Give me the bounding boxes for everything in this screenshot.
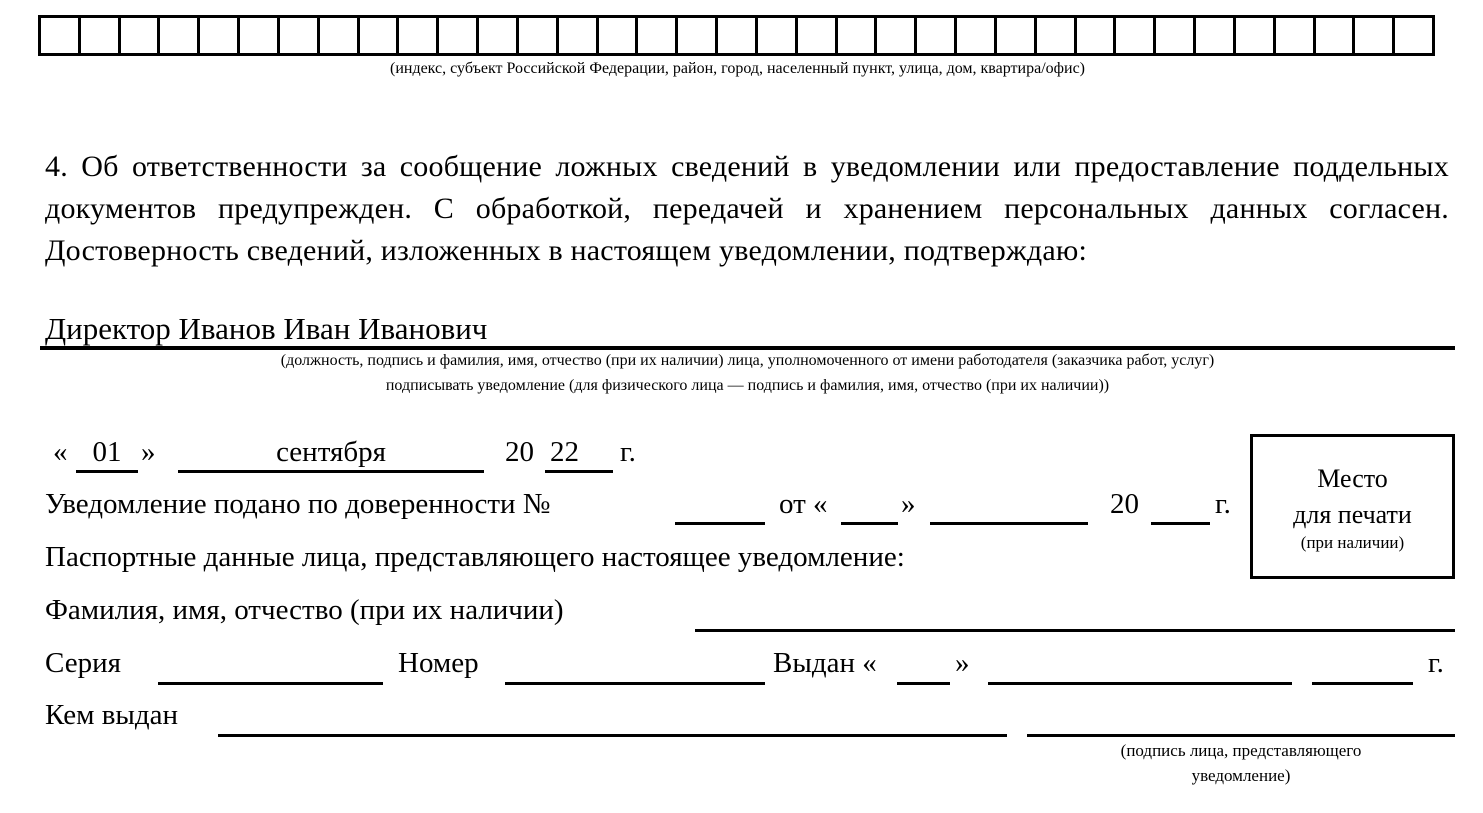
address-cell[interactable]: [1316, 18, 1356, 53]
stamp-line3: (при наличии): [1253, 533, 1452, 553]
address-cell[interactable]: [1355, 18, 1395, 53]
address-cell[interactable]: [678, 18, 718, 53]
poa-month-underline: [930, 522, 1088, 525]
date-year-underline: [545, 470, 613, 473]
date-day-field[interactable]: 01: [76, 436, 138, 469]
passport-fio-label: Фамилия, имя, отчество (при их наличии): [45, 594, 564, 627]
declaration-text: 4. Об ответственности за сообщение ложны…: [45, 146, 1449, 272]
passport-issued-close-quote: »: [955, 647, 970, 680]
address-cell[interactable]: [1037, 18, 1077, 53]
address-cell[interactable]: [957, 18, 997, 53]
passport-heading: Паспортные данные лица, представляющего …: [45, 541, 905, 574]
passport-series-underline: [158, 682, 383, 685]
stamp-line2: для печати: [1253, 497, 1452, 533]
poa-year-unit: г.: [1215, 488, 1231, 521]
address-cell[interactable]: [479, 18, 519, 53]
address-cell[interactable]: [160, 18, 200, 53]
address-cell[interactable]: [519, 18, 559, 53]
address-cell[interactable]: [1395, 18, 1432, 53]
date-close-quote: »: [141, 436, 156, 469]
address-cell[interactable]: [41, 18, 81, 53]
address-cell[interactable]: [320, 18, 360, 53]
address-caption: (индекс, субъект Российской Федерации, р…: [0, 60, 1475, 78]
address-cell[interactable]: [559, 18, 599, 53]
address-cell[interactable]: [280, 18, 320, 53]
passport-fio-underline: [695, 629, 1455, 632]
address-cell[interactable]: [399, 18, 439, 53]
date-month-underline: [178, 470, 484, 473]
poa-day-underline: [841, 522, 898, 525]
address-cell[interactable]: [1236, 18, 1276, 53]
address-cell[interactable]: [838, 18, 878, 53]
address-cell[interactable]: [1116, 18, 1156, 53]
passport-issued-by-label: Кем выдан: [45, 699, 178, 732]
passport-series-label: Серия: [45, 647, 121, 680]
address-cell[interactable]: [1196, 18, 1236, 53]
poa-from-label: от «: [779, 488, 828, 521]
address-cell[interactable]: [360, 18, 400, 53]
signatory-underline: [40, 346, 1455, 350]
address-cell[interactable]: [1156, 18, 1196, 53]
address-cell[interactable]: [81, 18, 121, 53]
address-cell[interactable]: [1077, 18, 1117, 53]
signatory-caption-line2: подписывать уведомление (для физического…: [0, 377, 1483, 395]
address-cell[interactable]: [997, 18, 1037, 53]
passport-issued-label: Выдан «: [773, 647, 877, 680]
address-cells[interactable]: [38, 15, 1435, 56]
address-cell[interactable]: [718, 18, 758, 53]
stamp-placeholder: Место для печати (при наличии): [1250, 434, 1455, 579]
date-year-unit: г.: [620, 436, 636, 469]
passport-number-underline: [505, 682, 765, 685]
passport-number-label: Номер: [398, 647, 479, 680]
address-cell[interactable]: [638, 18, 678, 53]
signatory-field[interactable]: Директор Иванов Иван Иванович: [45, 311, 487, 347]
representative-signature-line[interactable]: [1027, 734, 1455, 737]
signatory-caption-line1: (должность, подпись и фамилия, имя, отче…: [0, 352, 1483, 370]
address-cell[interactable]: [121, 18, 161, 53]
date-year-prefix: 20: [505, 436, 534, 469]
date-day-underline: [76, 470, 138, 473]
address-cell[interactable]: [758, 18, 798, 53]
address-cell[interactable]: [200, 18, 240, 53]
address-cell[interactable]: [240, 18, 280, 53]
passport-issued-day-underline: [897, 682, 950, 685]
passport-issued-by-underline: [218, 734, 1007, 737]
passport-issued-year-unit: г.: [1428, 647, 1444, 680]
address-cell[interactable]: [1276, 18, 1316, 53]
date-month-field[interactable]: сентября: [178, 436, 484, 469]
poa-year-underline: [1151, 522, 1210, 525]
passport-issued-month-underline: [988, 682, 1292, 685]
address-cell[interactable]: [877, 18, 917, 53]
poa-close-quote: »: [901, 488, 916, 521]
poa-number-underline: [675, 522, 765, 525]
poa-year-prefix: 20: [1110, 488, 1139, 521]
address-cell[interactable]: [798, 18, 838, 53]
address-cell[interactable]: [599, 18, 639, 53]
address-cell[interactable]: [439, 18, 479, 53]
signature-caption-line1: (подпись лица, представляющего: [1027, 741, 1455, 761]
address-cell[interactable]: [917, 18, 957, 53]
date-open-quote: «: [53, 436, 68, 469]
stamp-line1: Место: [1253, 461, 1452, 497]
passport-issued-year-underline: [1312, 682, 1413, 685]
date-year-field[interactable]: 22: [550, 436, 579, 469]
poa-label: Уведомление подано по доверенности №: [45, 488, 550, 521]
signature-caption-line2: уведомление): [1027, 766, 1455, 786]
